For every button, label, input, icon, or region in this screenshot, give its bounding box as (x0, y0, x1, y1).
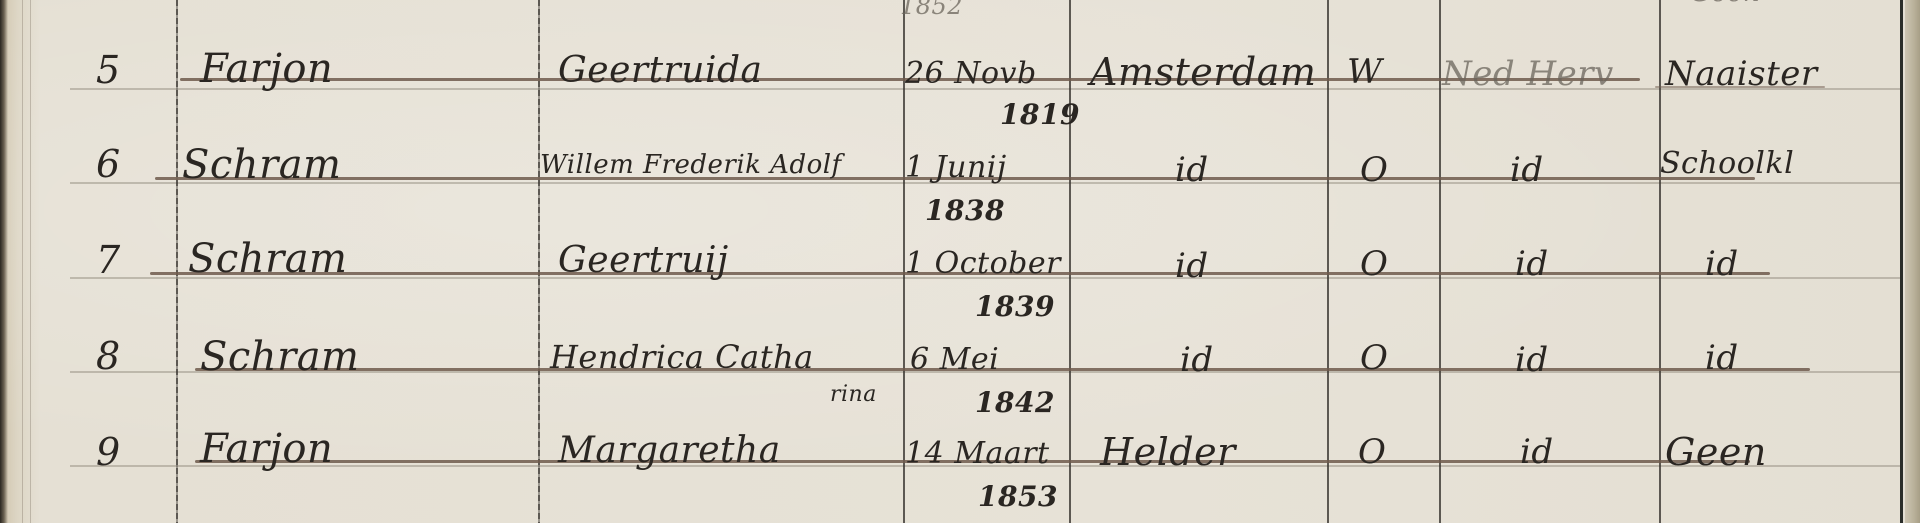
row-number: 5 (96, 48, 121, 92)
surname: Schram (188, 236, 347, 282)
birth-year: 1819 (1000, 98, 1080, 131)
strike-through-row-8 (195, 368, 1810, 371)
given-names: Geertruij (558, 240, 729, 281)
occupation: id (1705, 338, 1739, 378)
birth-place: Helder (1100, 430, 1236, 474)
year-note: 1852 (900, 0, 963, 20)
birth-date: 1 Junij (905, 150, 1007, 185)
page-border-right (1900, 0, 1903, 523)
birth-year: 1842 (975, 386, 1055, 419)
birth-year: 1853 (978, 480, 1058, 513)
marital-status: O (1360, 150, 1388, 190)
given-names: Margaretha (558, 430, 781, 471)
row-number: 9 (96, 430, 121, 474)
marital-status: W (1347, 52, 1382, 92)
birth-date: 6 Mei (910, 342, 999, 377)
surname: Schram (200, 334, 359, 380)
religion: id (1515, 340, 1549, 380)
register-page: 1852 Geen 5 Farjon Geertruida 26 Novb 18… (0, 0, 1920, 523)
birth-date: 26 Novb (905, 56, 1037, 91)
surname: Schram (182, 142, 341, 188)
given-names-continuation: rina (830, 382, 877, 407)
surname: Farjon (200, 46, 333, 92)
birth-date: 14 Maart (905, 436, 1050, 471)
top-fragment: Geen (1690, 0, 1760, 8)
religion: id (1510, 150, 1544, 190)
page-edge (1905, 0, 1920, 523)
row-number: 6 (96, 142, 121, 186)
occupation: Geen (1665, 430, 1767, 474)
marital-status: O (1360, 338, 1388, 378)
binding-edge (0, 0, 8, 523)
given-names: Geertruida (558, 50, 762, 91)
column-divider-religion (1659, 0, 1661, 523)
row-number: 7 (96, 238, 121, 282)
birth-place: id (1175, 150, 1209, 190)
given-names: Hendrica Catha (550, 338, 814, 376)
surname: Farjon (200, 426, 333, 472)
birth-place: Amsterdam (1090, 50, 1316, 94)
marital-status: O (1358, 432, 1386, 472)
religion: id (1515, 244, 1549, 284)
margin-line (30, 0, 31, 523)
marital-status: O (1360, 244, 1388, 284)
occupation: Schoolkl (1660, 146, 1794, 181)
birth-place: id (1180, 340, 1214, 380)
given-names: Willem Frederik Adolf (540, 150, 842, 180)
margin-line (22, 0, 23, 523)
birth-place: id (1175, 246, 1209, 286)
birth-year: 1839 (975, 290, 1055, 323)
religion: id (1520, 432, 1554, 472)
birth-year: 1838 (925, 194, 1005, 227)
occupation: id (1705, 244, 1739, 284)
row-number: 8 (96, 334, 121, 378)
occupation: Naaister (1665, 54, 1818, 94)
religion: Ned Herv (1442, 54, 1614, 94)
birth-date: 1 October (905, 246, 1061, 281)
column-divider-number (176, 0, 178, 523)
